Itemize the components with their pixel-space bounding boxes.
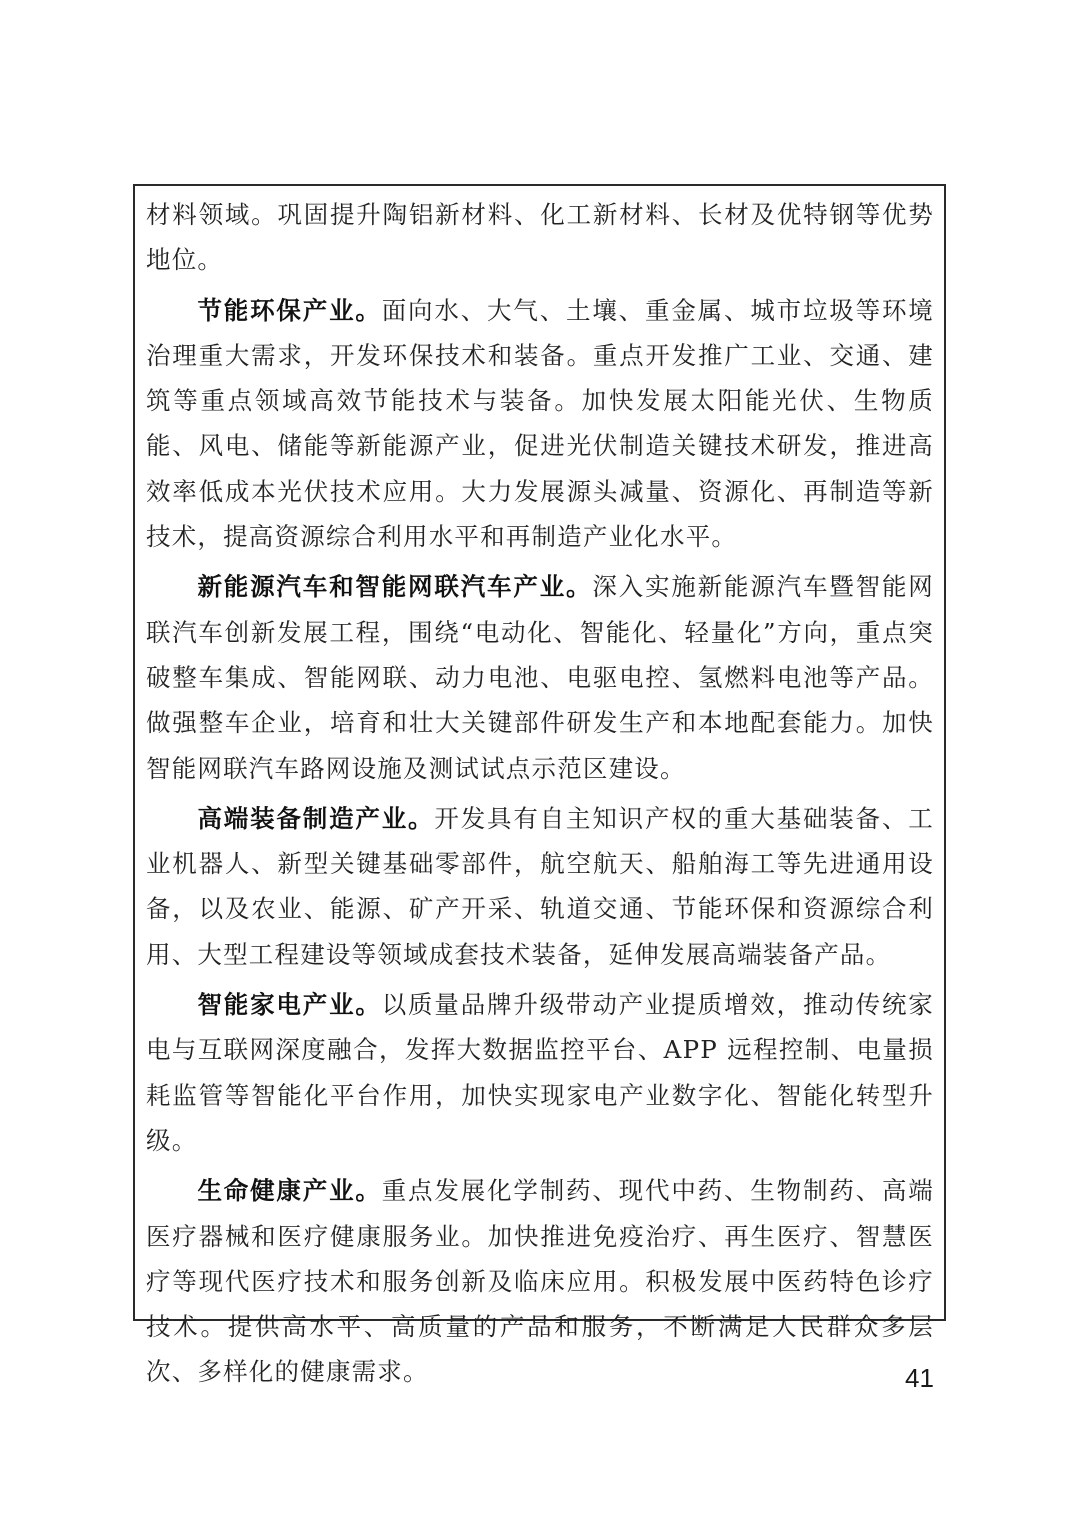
document-page: 材料领域。巩固提升陶铝新材料、化工新材料、长材及优特钢等优势地位。 节能环保产业…: [0, 0, 1080, 1527]
bordered-text-box: 材料领域。巩固提升陶铝新材料、化工新材料、长材及优特钢等优势地位。 节能环保产业…: [133, 184, 946, 1321]
page-number: 41: [905, 1363, 934, 1394]
paragraph-body: 材料领域。巩固提升陶铝新材料、化工新材料、长材及优特钢等优势地位。: [146, 200, 934, 274]
paragraph-body: 面向水、大气、土壤、重金属、城市垃圾等环境治理重大需求，开发环保技术和装备。重点…: [146, 296, 934, 551]
paragraph-new-energy-vehicles: 新能源汽车和智能网联汽车产业。深入实施新能源汽车暨智能网联汽车创新发展工程，围绕…: [146, 564, 934, 790]
paragraph-heading: 高端装备制造产业。: [197, 804, 434, 833]
paragraph-smart-appliances: 智能家电产业。以质量品牌升级带动产业提质增效，推动传统家电与互联网深度融合，发挥…: [146, 982, 934, 1163]
paragraph-body: 深入实施新能源汽车暨智能网联汽车创新发展工程，围绕“电动化、智能化、轻量化”方向…: [146, 572, 934, 782]
paragraph-life-health: 生命健康产业。重点发展化学制药、现代中药、生物制药、高端医疗器械和医疗健康服务业…: [146, 1168, 934, 1394]
paragraph-high-end-equipment: 高端装备制造产业。开发具有自主知识产权的重大基础装备、工业机器人、新型关键基础零…: [146, 796, 934, 977]
paragraph-heading: 生命健康产业。: [197, 1176, 381, 1205]
paragraph-heading: 新能源汽车和智能网联汽车产业。: [197, 572, 592, 601]
paragraph-energy-saving: 节能环保产业。面向水、大气、土壤、重金属、城市垃圾等环境治理重大需求，开发环保技…: [146, 288, 934, 560]
paragraph-body: 重点发展化学制药、现代中药、生物制药、高端医疗器械和医疗健康服务业。加快推进免疫…: [146, 1176, 934, 1386]
paragraph-materials-continuation: 材料领域。巩固提升陶铝新材料、化工新材料、长材及优特钢等优势地位。: [146, 192, 934, 283]
paragraph-heading: 智能家电产业。: [197, 990, 381, 1019]
paragraph-heading: 节能环保产业。: [197, 296, 381, 325]
